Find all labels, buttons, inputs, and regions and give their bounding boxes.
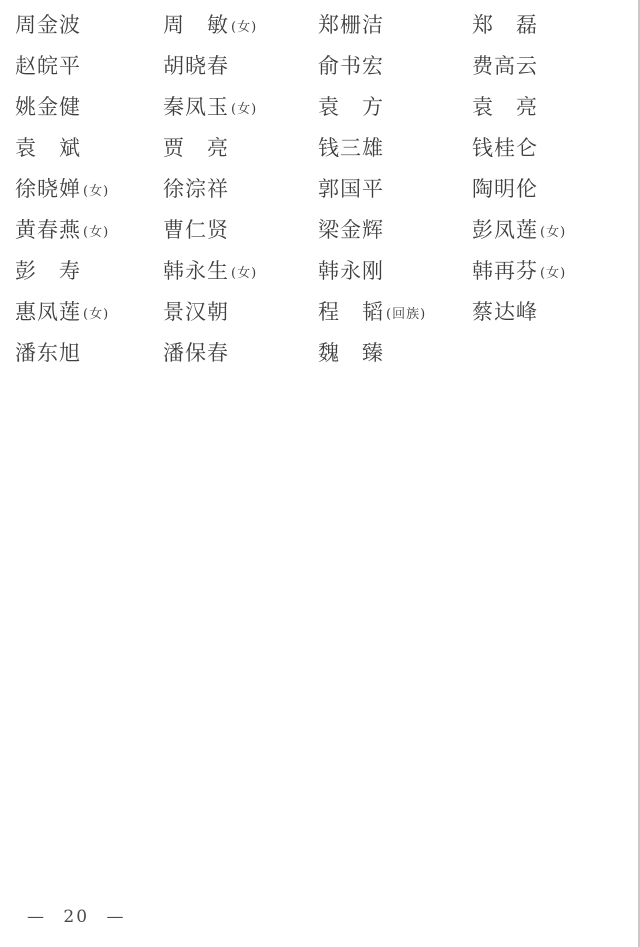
name-cell: 梁金辉 — [318, 220, 472, 241]
name-cell: 袁 斌 — [15, 138, 163, 159]
person-name: 袁 斌 — [15, 136, 81, 160]
gender-ethnicity-tag: (女) — [83, 225, 109, 240]
name-cell: 郭国平 — [318, 179, 472, 200]
name-cell: 韩永生(女) — [163, 261, 318, 282]
person-name: 周金波 — [15, 13, 81, 37]
person-name: 韩永刚 — [318, 259, 384, 283]
name-cell: 陶明伦 — [472, 179, 625, 200]
person-name: 惠凤莲 — [15, 300, 81, 324]
name-cell: 景汉朝 — [163, 302, 318, 323]
person-name: 陶明伦 — [472, 177, 538, 201]
name-cell: 钱三雄 — [318, 138, 472, 159]
name-cell: 郑栅洁 — [318, 15, 472, 36]
name-list: 周金波周 敏(女)郑栅洁郑 磊赵皖平胡晓春俞书宏费高云姚金健秦凤玉(女)袁 方袁… — [15, 5, 627, 374]
person-name: 俞书宏 — [318, 54, 384, 78]
person-name: 胡晓春 — [163, 54, 229, 78]
page-number: — 20 — — [27, 907, 125, 927]
name-cell: 赵皖平 — [15, 56, 163, 77]
name-cell: 韩再芬(女) — [472, 261, 625, 282]
gender-ethnicity-tag: (回族) — [386, 307, 426, 322]
person-name: 贾 亮 — [163, 136, 229, 160]
name-cell: 俞书宏 — [318, 56, 472, 77]
name-cell: 胡晓春 — [163, 56, 318, 77]
name-cell: 黄春燕(女) — [15, 220, 163, 241]
gender-ethnicity-tag: (女) — [231, 102, 257, 117]
person-name: 蔡达峰 — [472, 300, 538, 324]
person-name: 赵皖平 — [15, 54, 81, 78]
person-name: 潘保春 — [163, 341, 229, 365]
person-name: 程 韬 — [318, 300, 384, 324]
person-name: 梁金辉 — [318, 218, 384, 242]
name-cell: 袁 方 — [318, 97, 472, 118]
person-name: 郭国平 — [318, 177, 384, 201]
gender-ethnicity-tag: (女) — [83, 184, 109, 199]
person-name: 彭 寿 — [15, 259, 81, 283]
name-cell: 秦凤玉(女) — [163, 97, 318, 118]
name-cell: 蔡达峰 — [472, 302, 625, 323]
person-name: 费高云 — [472, 54, 538, 78]
person-name: 钱桂仑 — [472, 136, 538, 160]
name-cell: 袁 亮 — [472, 97, 625, 118]
gender-ethnicity-tag: (女) — [540, 225, 566, 240]
gender-ethnicity-tag: (女) — [231, 266, 257, 281]
person-name: 袁 亮 — [472, 95, 538, 119]
name-cell: 钱桂仑 — [472, 138, 625, 159]
person-name: 郑 磊 — [472, 13, 538, 37]
person-name: 周 敏 — [163, 13, 229, 37]
person-name: 景汉朝 — [163, 300, 229, 324]
gender-ethnicity-tag: (女) — [83, 307, 109, 322]
person-name: 曹仁贤 — [163, 218, 229, 242]
document-page: 周金波周 敏(女)郑栅洁郑 磊赵皖平胡晓春俞书宏费高云姚金健秦凤玉(女)袁 方袁… — [0, 0, 640, 947]
name-cell: 曹仁贤 — [163, 220, 318, 241]
person-name: 秦凤玉 — [163, 95, 229, 119]
person-name: 魏 臻 — [318, 341, 384, 365]
person-name: 徐淙祥 — [163, 177, 229, 201]
person-name: 钱三雄 — [318, 136, 384, 160]
name-cell: 贾 亮 — [163, 138, 318, 159]
person-name: 徐晓婵 — [15, 177, 81, 201]
person-name: 黄春燕 — [15, 218, 81, 242]
gender-ethnicity-tag: (女) — [231, 20, 257, 35]
person-name: 姚金健 — [15, 95, 81, 119]
name-cell: 周金波 — [15, 15, 163, 36]
name-cell: 周 敏(女) — [163, 15, 318, 36]
name-cell: 徐晓婵(女) — [15, 179, 163, 200]
name-cell: 费高云 — [472, 56, 625, 77]
name-cell: 姚金健 — [15, 97, 163, 118]
name-cell: 潘东旭 — [15, 343, 163, 364]
person-name: 韩再芬 — [472, 259, 538, 283]
name-cell: 徐淙祥 — [163, 179, 318, 200]
person-name: 潘东旭 — [15, 341, 81, 365]
name-cell: 彭凤莲(女) — [472, 220, 625, 241]
person-name: 郑栅洁 — [318, 13, 384, 37]
name-cell: 惠凤莲(女) — [15, 302, 163, 323]
name-cell: 程 韬(回族) — [318, 302, 472, 323]
name-cell: 潘保春 — [163, 343, 318, 364]
person-name: 韩永生 — [163, 259, 229, 283]
gender-ethnicity-tag: (女) — [540, 266, 566, 281]
person-name: 彭凤莲 — [472, 218, 538, 242]
name-cell: 彭 寿 — [15, 261, 163, 282]
name-cell: 郑 磊 — [472, 15, 625, 36]
person-name: 袁 方 — [318, 95, 384, 119]
name-cell: 魏 臻 — [318, 343, 472, 364]
name-cell: 韩永刚 — [318, 261, 472, 282]
